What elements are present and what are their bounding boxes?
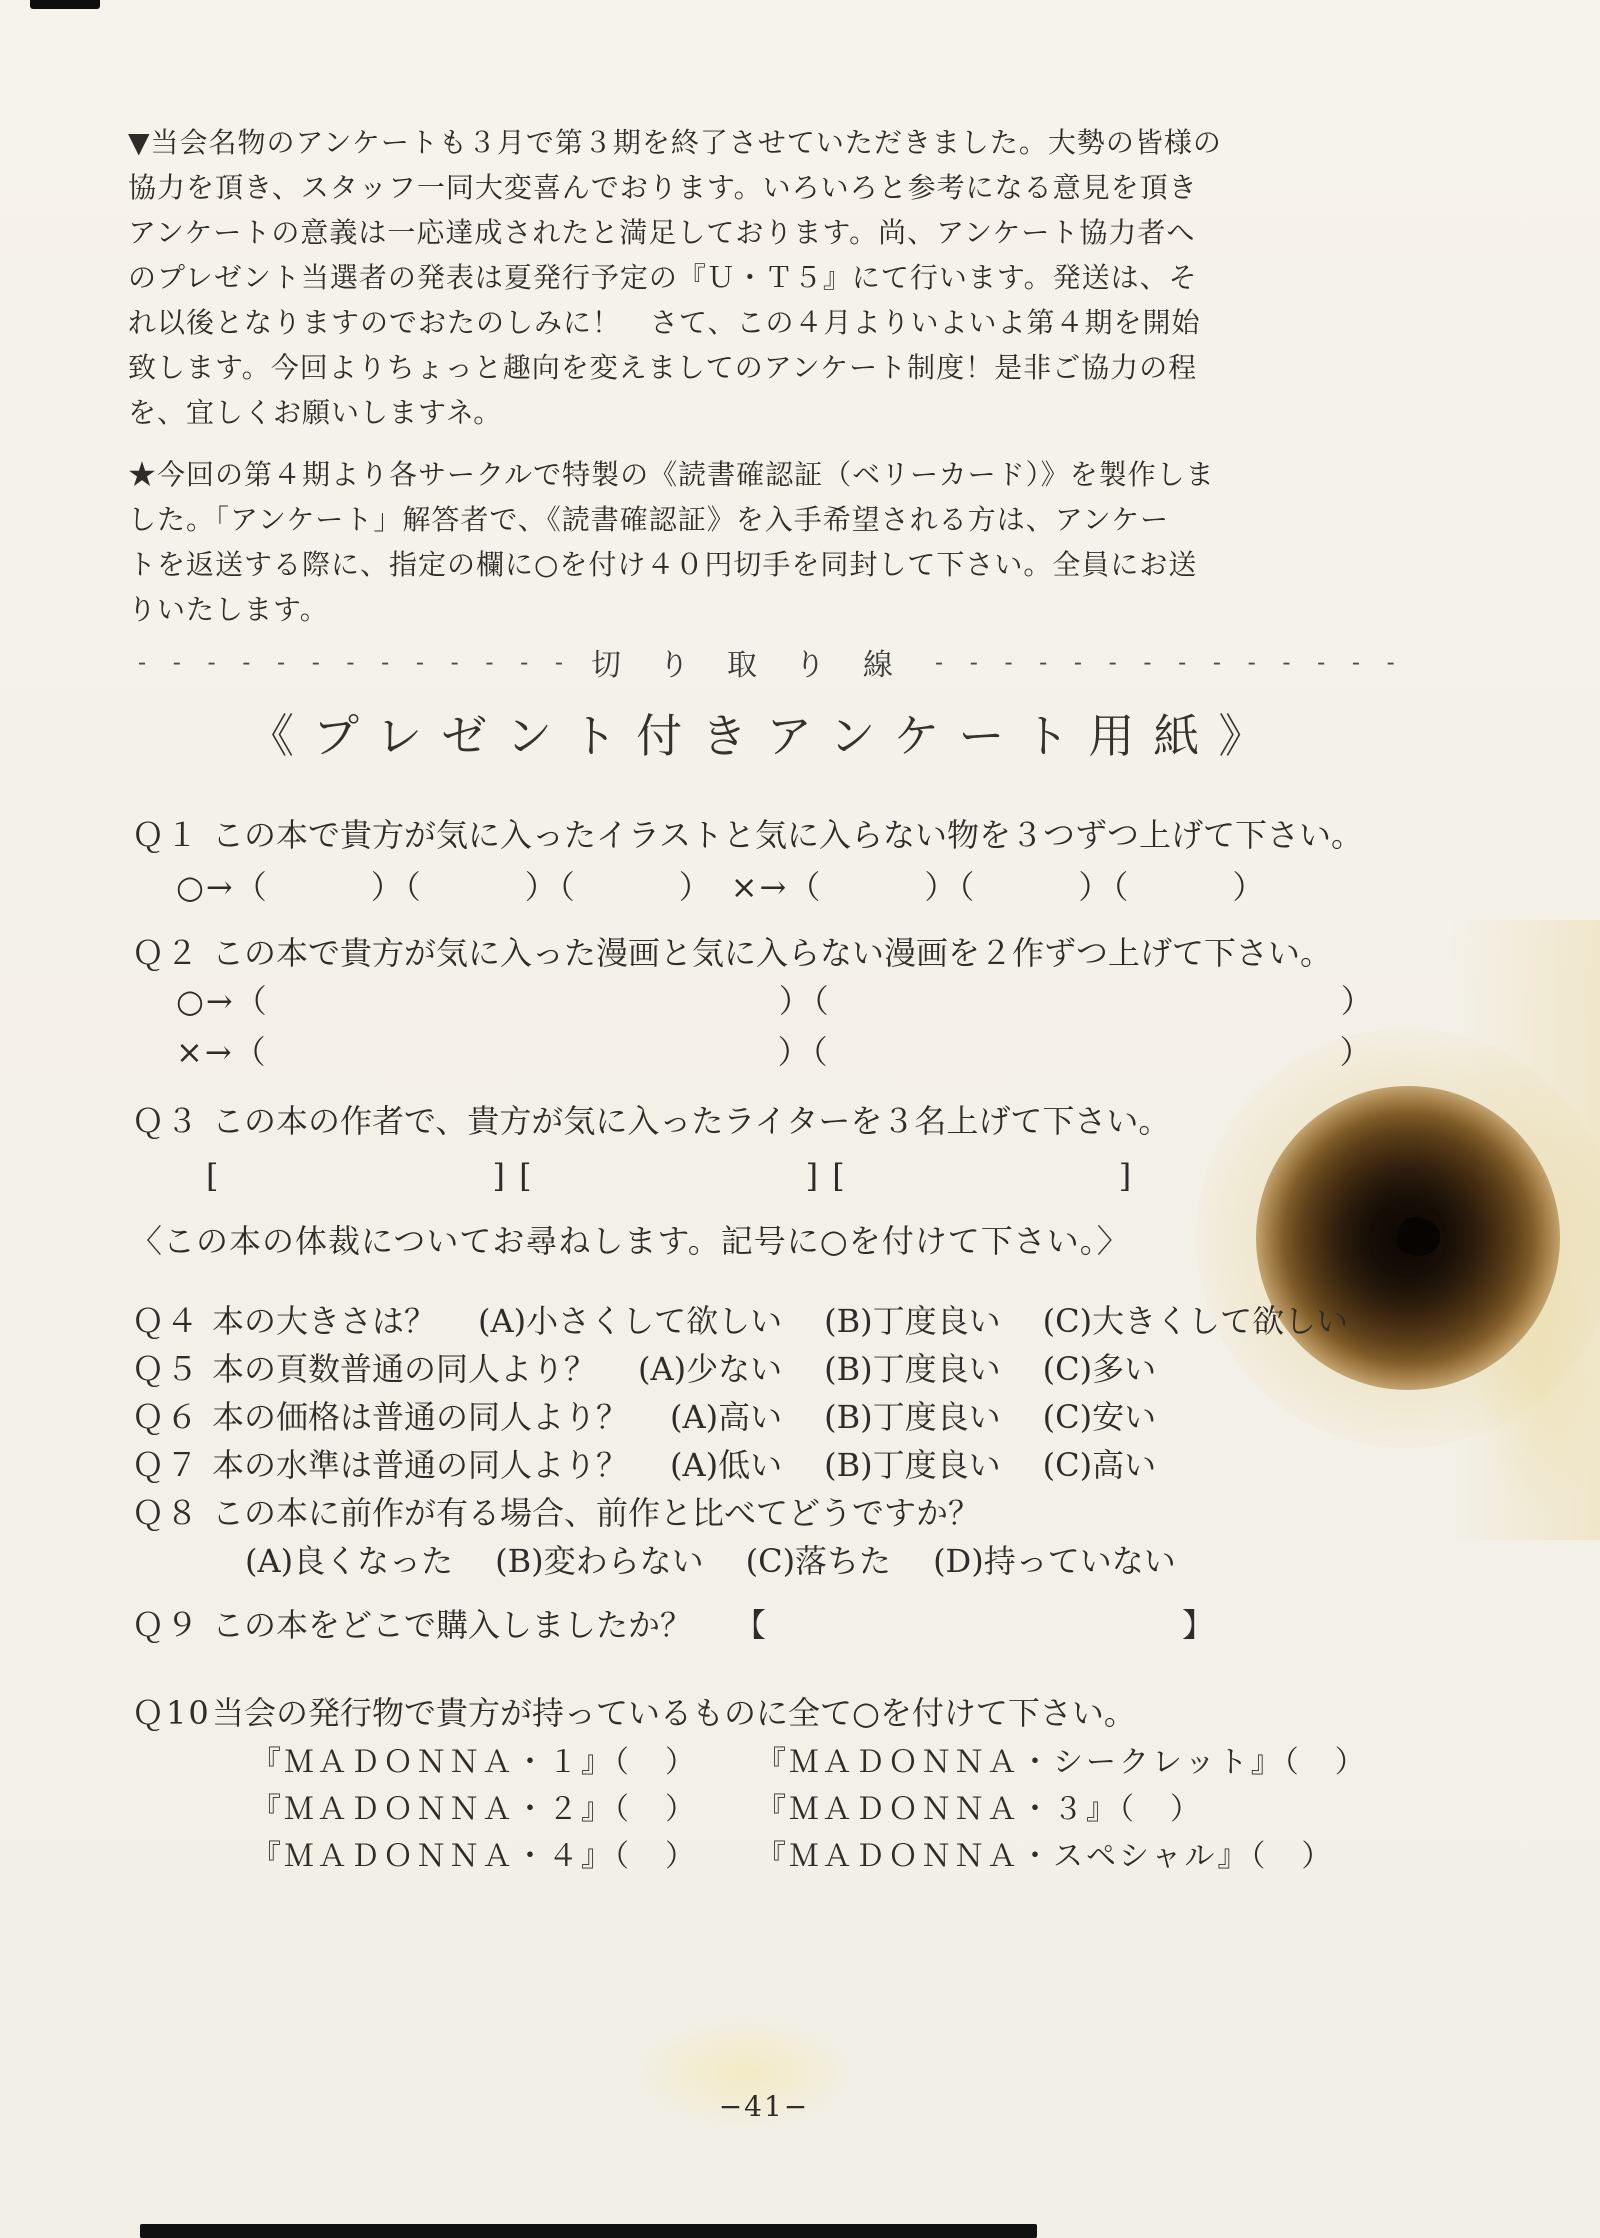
- question-q8: Ｑ８この本に前作が有る場合、前作と比べてどうですか？ (A)良くなった(B)変わ…: [132, 1490, 1176, 1584]
- question-q6: Ｑ６本の価格は普通の同人より？(A)高い(B)丁度良い(C)安い: [132, 1394, 1156, 1440]
- question-id: Ｑ８: [132, 1490, 212, 1536]
- scanned-questionnaire-page: ▼当会名物のアンケートも３月で第３期を終了させていただきました。大勢の皆様の 協…: [0, 0, 1600, 2238]
- question-text: 本の大きさは？: [212, 1302, 436, 1340]
- publication-item: 『ＭＡＤＯＮＮＡ・３』（ ）: [756, 1786, 1368, 1833]
- answer-line: ○→（ ）（ ）: [176, 976, 1375, 1027]
- question-text: この本に前作が有る場合、前作と比べてどうですか？: [212, 1494, 980, 1532]
- question-id: Ｑ３: [132, 1098, 212, 1144]
- question-q7: Ｑ７本の水準は普通の同人より？(A)低い(B)丁度良い(C)高い: [132, 1442, 1156, 1488]
- option-b: (B)丁度良い: [824, 1302, 1001, 1340]
- intro-line: を、宜しくお願いしますネ。: [128, 390, 1222, 435]
- question-id: Ｑ２: [132, 930, 212, 976]
- scan-artifact-top-mark: [30, 0, 100, 9]
- option-c: (C)多い: [1043, 1350, 1156, 1388]
- question-id: Ｑ１: [132, 812, 212, 858]
- form-title: 《プレゼント付きアンケート用紙》: [248, 700, 1283, 766]
- question-q1: Ｑ１この本で貴方が気に入ったイラストと気に入らない物を３つずつ上げて下さい。 ○…: [132, 812, 1363, 910]
- publication-item: 『ＭＡＤＯＮＮＡ・１』（ ）: [251, 1739, 756, 1786]
- cutoff-dashes-right: - - - - - - - - - - - - - -: [935, 648, 1395, 676]
- publication-list: 『ＭＡＤＯＮＮＡ・１』（ ） 『ＭＡＤＯＮＮＡ・シークレット』（ ） 『ＭＡＤＯ…: [251, 1739, 1368, 1880]
- question-id: Ｑ10: [132, 1690, 212, 1736]
- question-text-row: Ｑ１この本で貴方が気に入ったイラストと気に入らない物を３つずつ上げて下さい。: [132, 812, 1363, 858]
- question-q5: Ｑ５本の頁数普通の同人より？(A)少ない(B)丁度良い(C)多い: [132, 1346, 1156, 1392]
- publication-item: 『ＭＡＤＯＮＮＡ・４』（ ）: [251, 1833, 756, 1880]
- question-text-row: Ｑ３この本の作者で、貴方が気に入ったライターを３名上げて下さい。: [132, 1098, 1170, 1144]
- option-a: (A)少ない: [638, 1350, 782, 1388]
- question-text: 本の価格は普通の同人より？: [212, 1398, 628, 1436]
- question-text-row: Ｑ８この本に前作が有る場合、前作と比べてどうですか？: [132, 1490, 1176, 1536]
- intro-line: アンケートの意義は一応達成されたと満足しております。尚、アンケート協力者へ: [128, 210, 1222, 255]
- scan-artifact-bottom-bar: [140, 2224, 1037, 2238]
- option-c: (C)安い: [1043, 1398, 1156, 1436]
- cutoff-line-label: 切り取り線: [581, 640, 931, 684]
- question-q10: Ｑ10当会の発行物で貴方が持っているものに全て○を付けて下さい。 『ＭＡＤＯＮＮ…: [132, 1690, 1368, 1880]
- notice-paragraph: ★今回の第４期より各サークルで特製の《読書確認証（ベリーカード）》を製作しま し…: [128, 452, 1215, 632]
- answer-line: ○→（ ）（ ）（ ） ×→（ ）（ ）（ ）: [176, 864, 1363, 910]
- intro-line: れ以後となりますのでおたのしみに！ さて、この４月よりいよいよ第４期を開始: [128, 300, 1222, 345]
- publication-item: 『ＭＡＤＯＮＮＡ・シークレット』（ ）: [756, 1739, 1368, 1786]
- question-id: Ｑ７: [132, 1442, 212, 1488]
- option-a: (A)小さくして欲しい: [478, 1302, 782, 1340]
- publication-item: 『ＭＡＤＯＮＮＡ・２』（ ）: [251, 1786, 756, 1833]
- answer-line: [ ] [ ] [ ]: [206, 1153, 1170, 1199]
- option-d: (D)持っていない: [933, 1542, 1176, 1580]
- page-number: −41−: [0, 2090, 1528, 2123]
- option-c: (C)高い: [1043, 1446, 1156, 1484]
- question-text: この本で貴方が気に入ったイラストと気に入らない物を３つずつ上げて下さい。: [212, 816, 1363, 854]
- question-q4: Ｑ４本の大きさは？(A)小さくして欲しい(B)丁度良い(C)大きくして欲しい: [132, 1298, 1348, 1344]
- option-a: (A)低い: [670, 1446, 782, 1484]
- answer-bracket-field: 【 】: [734, 1606, 1214, 1644]
- question-id: Ｑ４: [132, 1298, 212, 1344]
- option-b: (B)丁度良い: [824, 1446, 1001, 1484]
- question-id: Ｑ６: [132, 1394, 212, 1440]
- intro-line: 協力を頂き、スタッフ一同大変喜んでおります。いろいろと参考になる意見を頂き: [128, 165, 1222, 210]
- option-a: (A)良くなった: [245, 1542, 453, 1580]
- question-text: 本の水準は普通の同人より？: [212, 1446, 628, 1484]
- notice-line: トを返送する際に、指定の欄に○を付け４０円切手を同封して下さい。全員にお送: [128, 542, 1215, 587]
- question-text: 当会の発行物で貴方が持っているものに全て○を付けて下さい。: [212, 1694, 1136, 1732]
- notice-line: ★今回の第４期より各サークルで特製の《読書確認証（ベリーカード）》を製作しま: [128, 452, 1215, 497]
- question-id: Ｑ５: [132, 1346, 212, 1392]
- option-a: (A)高い: [670, 1398, 782, 1436]
- question-text: 本の頁数普通の同人より？: [212, 1350, 596, 1388]
- question-text: この本をどこで購入しましたか？: [212, 1606, 692, 1644]
- question-id: Ｑ９: [132, 1602, 212, 1648]
- section-note: 〈この本の体裁についてお尋ねします。記号に○を付けて下さい。〉: [130, 1216, 1130, 1262]
- cutoff-line: - - - - - - - - - - - - - 切り取り線 - - - - …: [138, 640, 1390, 684]
- question-text: この本の作者で、貴方が気に入ったライターを３名上げて下さい。: [212, 1102, 1170, 1140]
- intro-line: ▼当会名物のアンケートも３月で第３期を終了させていただきました。大勢の皆様の: [128, 120, 1222, 165]
- publication-item: 『ＭＡＤＯＮＮＡ・スペシャル』（ ）: [756, 1833, 1368, 1880]
- question-text-row: Ｑ２この本で貴方が気に入った漫画と気に入らない漫画を２作ずつ上げて下さい。: [132, 930, 1375, 976]
- intro-line: のプレゼント当選者の発表は夏発行予定の『Ｕ・Ｔ５』にて行います。発送は、そ: [128, 255, 1222, 300]
- option-b: (B)丁度良い: [824, 1398, 1001, 1436]
- option-b: (B)丁度良い: [824, 1350, 1001, 1388]
- cutoff-dashes-left: - - - - - - - - - - - - -: [138, 648, 563, 676]
- option-b: (B)変わらない: [495, 1542, 704, 1580]
- option-c: (C)大きくして欲しい: [1043, 1302, 1348, 1340]
- question-q3: Ｑ３この本の作者で、貴方が気に入ったライターを３名上げて下さい。 [ ] [ ]…: [132, 1098, 1170, 1199]
- intro-paragraph: ▼当会名物のアンケートも３月で第３期を終了させていただきました。大勢の皆様の 協…: [128, 120, 1222, 435]
- intro-line: 致します。今回よりちょっと趣向を変えましてのアンケート制度！是非ご協力の程: [128, 345, 1222, 390]
- notice-line: りいたします。: [128, 587, 1215, 632]
- option-c: (C)落ちた: [746, 1542, 891, 1580]
- options-row: (A)良くなった(B)変わらない(C)落ちた(D)持っていない: [245, 1538, 1176, 1584]
- question-text-row: Ｑ10当会の発行物で貴方が持っているものに全て○を付けて下さい。: [132, 1690, 1368, 1736]
- question-q2: Ｑ２この本で貴方が気に入った漫画と気に入らない漫画を２作ずつ上げて下さい。 ○→…: [132, 930, 1375, 1078]
- question-q9: Ｑ９この本をどこで購入しましたか？【 】: [132, 1602, 1214, 1648]
- answer-line: ×→（ ）（ ）: [176, 1027, 1375, 1078]
- question-text: この本で貴方が気に入った漫画と気に入らない漫画を２作ずつ上げて下さい。: [212, 934, 1332, 972]
- notice-line: した。「アンケート」解答者で、《読書確認証》を入手希望される方は、アンケー: [128, 497, 1215, 542]
